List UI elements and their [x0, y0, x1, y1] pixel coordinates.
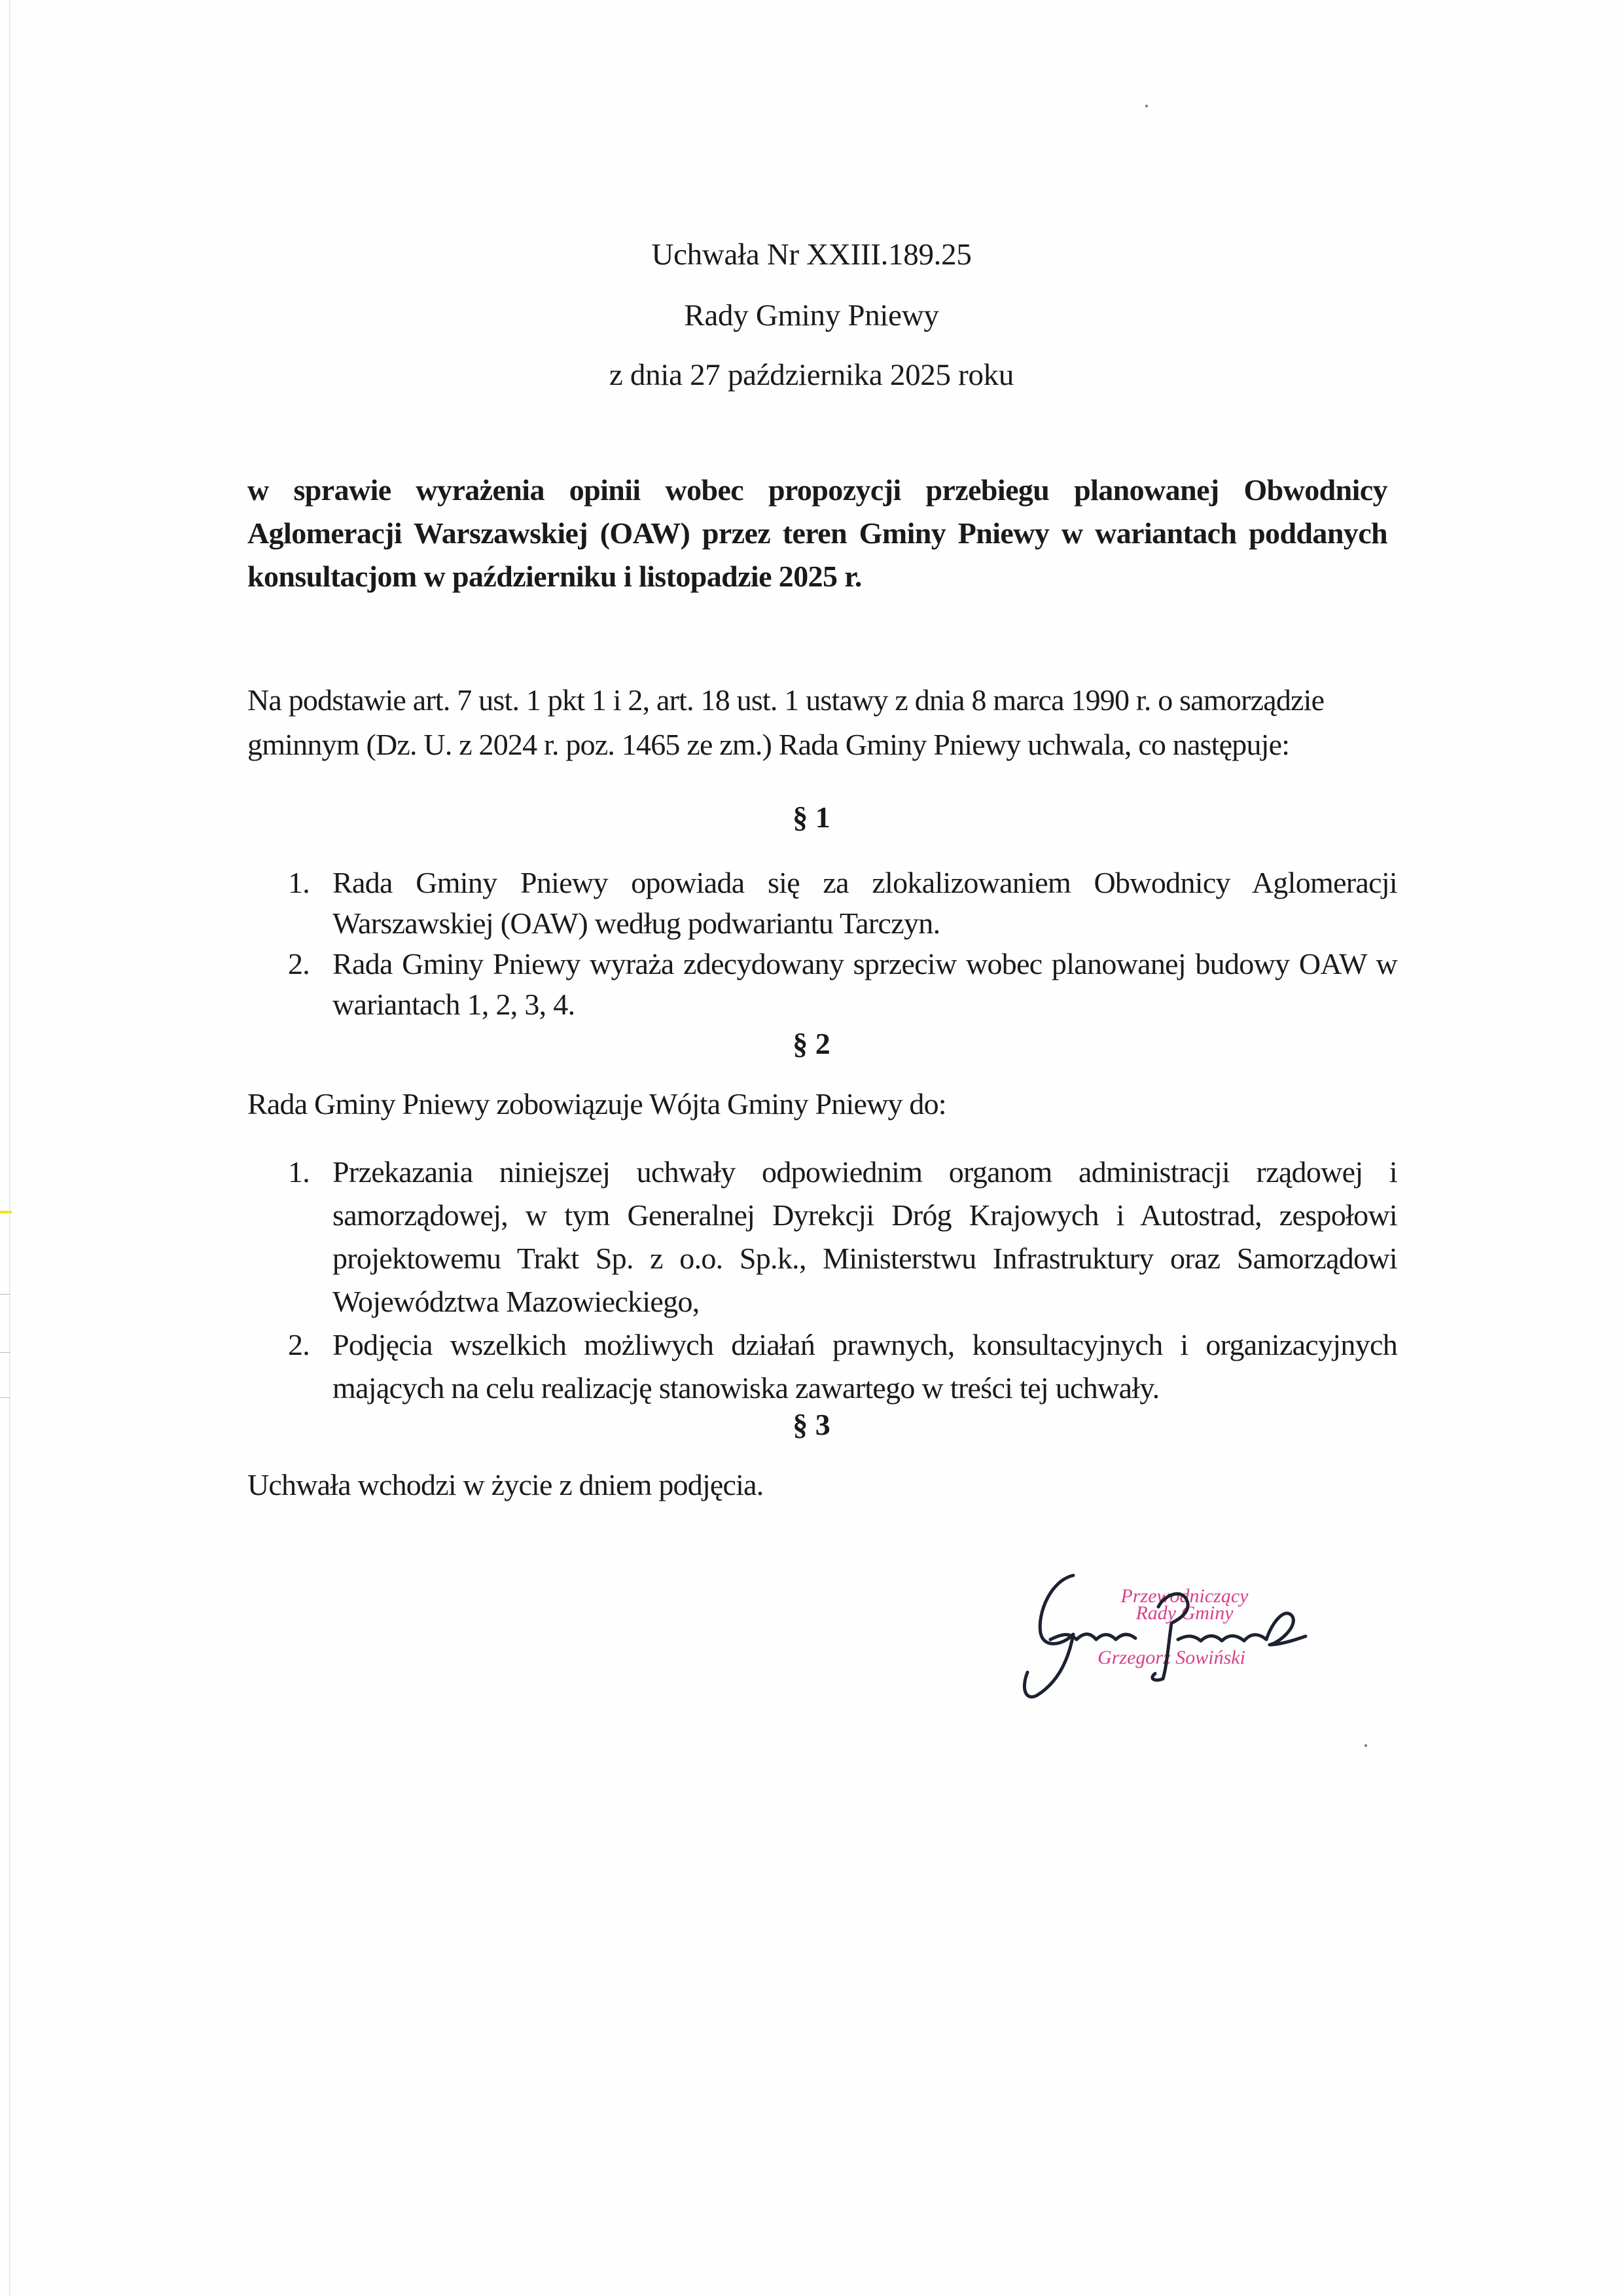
- item-number: 2.: [288, 1323, 310, 1367]
- item-text: Podjęcia wszelkich możliwych działań pra…: [332, 1328, 1397, 1405]
- list-item: 2. Podjęcia wszelkich możliwych działań …: [288, 1323, 1397, 1410]
- resolution-issuer: Rady Gminy Pniewy: [0, 298, 1623, 333]
- item-text: Rada Gminy Pniewy opowiada się za zlokal…: [332, 866, 1397, 940]
- section-2-list: 1. Przekazania niniejszej uchwały odpowi…: [288, 1151, 1397, 1410]
- margin-tick: [0, 1294, 10, 1295]
- section-heading-1: § 1: [0, 800, 1623, 834]
- section-heading-2: § 2: [0, 1026, 1623, 1061]
- highlighter-mark: [0, 1211, 12, 1213]
- list-item: 1. Przekazania niniejszej uchwały odpowi…: [288, 1151, 1397, 1323]
- scan-speck: [1364, 1744, 1367, 1747]
- legal-basis: Na podstawie art. 7 ust. 1 pkt 1 i 2, ar…: [247, 678, 1387, 767]
- section-2-intro: Rada Gminy Pniewy zobowiązuje Wójta Gmin…: [247, 1086, 946, 1121]
- resolution-subject: w sprawie wyrażenia opinii wobec propozy…: [247, 469, 1387, 598]
- margin-tick: [0, 1397, 10, 1398]
- list-item: 2. Rada Gminy Pniewy wyraża zdecydowany …: [288, 944, 1397, 1025]
- signature-icon: [1011, 1568, 1325, 1705]
- section-3-text: Uchwała wchodzi w życie z dniem podjęcia…: [247, 1467, 763, 1502]
- scan-speck: [1145, 105, 1148, 107]
- resolution-date: z dnia 27 października 2025 roku: [0, 357, 1623, 393]
- margin-tick: [0, 1352, 10, 1353]
- item-number: 1.: [288, 1151, 310, 1194]
- scanned-page: Uchwała Nr XXIII.189.25 Rady Gminy Pniew…: [0, 0, 1623, 2296]
- item-number: 2.: [288, 944, 310, 984]
- resolution-title: Uchwała Nr XXIII.189.25: [0, 237, 1623, 272]
- scan-edge-shadow: [9, 0, 10, 2296]
- item-number: 1.: [288, 863, 310, 903]
- item-text: Rada Gminy Pniewy wyraża zdecydowany spr…: [332, 947, 1397, 1021]
- section-1-list: 1. Rada Gminy Pniewy opowiada się za zlo…: [288, 863, 1397, 1025]
- section-heading-3: § 3: [0, 1407, 1623, 1442]
- list-item: 1. Rada Gminy Pniewy opowiada się za zlo…: [288, 863, 1397, 944]
- item-text: Przekazania niniejszej uchwały odpowiedn…: [332, 1155, 1397, 1318]
